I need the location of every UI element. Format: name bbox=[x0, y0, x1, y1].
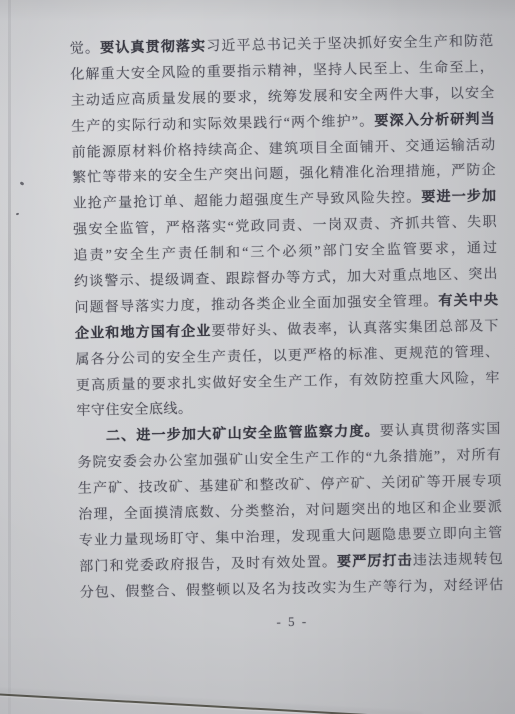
text-segment: 繁忙等带来的安全生产突出问题，强化精准化治理措施，严防企 bbox=[72, 164, 496, 187]
text-segment: 牢守住安全底线。 bbox=[76, 402, 192, 419]
text-segment: 化解重大安全风险的重要指示精神，坚持人民至上、生命至上， bbox=[70, 60, 494, 83]
text-segment: 觉。 bbox=[70, 41, 101, 57]
text-segment: 主动适应高质量发展的要求，统筹发展和安全两件大事，以安全 bbox=[71, 86, 495, 109]
text-segment: 要认真贯彻落实国 bbox=[380, 422, 501, 439]
text-segment: 约谈警示、提级调查、跟踪督办等方式，加大对重点地区、突出 bbox=[74, 267, 498, 290]
page-number: - 5 - bbox=[80, 610, 504, 634]
text-segment: 业抢产量抢订单、超能力超强度生产导致风险失控。 bbox=[73, 191, 422, 212]
text-segment: 强安全监管，严格落实“党政同责、一岗双责、齐抓共管、失职 bbox=[73, 215, 497, 238]
paper-speck bbox=[20, 181, 25, 186]
paper-crease bbox=[8, 0, 11, 714]
text-segment: 习近平总书记关于坚决抓好安全生产和防范 bbox=[206, 34, 494, 54]
text-segment: 问题督导落实力度，推动各类企业全面加强安全管理。 bbox=[74, 294, 438, 316]
text-segment-bold: 要严厉打击 bbox=[337, 554, 413, 570]
text-segment: 追责”安全生产责任制和“三个必须”部门安全监管要求，通过 bbox=[73, 241, 497, 264]
text-segment: 部门和党委政府报告，及时有效处置。 bbox=[79, 555, 337, 575]
text-segment: 生产矿、技改矿、基建矿和整改矿、停产矿、关闭矿等开展专项 bbox=[78, 474, 502, 497]
text-segment-bold: 企业和地方国有企业 bbox=[75, 324, 212, 341]
text-segment: 生产的实际行动和实际效果践行“两个维护”。 bbox=[71, 114, 374, 135]
scanned-document-photo: 觉。要认真贯彻落实习近平总书记关于坚决抓好安全生产和防范化解重大安全风险的重要指… bbox=[0, 0, 515, 714]
text-segment-bold: 要认真贯彻落实 bbox=[100, 39, 206, 56]
text-segment: 治理，全面摸清底数、分类整治，对问题突出的地区和企业要派 bbox=[78, 500, 502, 523]
text-segment-bold: 要进一步加 bbox=[421, 189, 496, 205]
text-segment-bold: 要深入分析研判当 bbox=[374, 112, 495, 129]
text-lines: 觉。要认真贯彻落实习近平总书记关于坚决抓好安全生产和防范化解重大安全风险的重要指… bbox=[70, 29, 504, 606]
text-segment: 务院安委会办公室加强矿山安全生产工作的“九条措施”，对所有 bbox=[77, 448, 501, 471]
text-segment: 违法违规转包 bbox=[413, 552, 504, 569]
text-segment: 分包、假整合、假整顿以及名为技改实为生产等行为，对经评估 bbox=[80, 578, 504, 601]
paper-speck bbox=[16, 213, 20, 216]
paper-bottom-edge bbox=[0, 693, 421, 714]
text-segment: 更高质量的要求扎实做好安全生产工作，有效防控重大风险，牢 bbox=[76, 371, 500, 394]
text-segment: 属各分公司的安全生产责任，以更严格的标准、更规范的管理、 bbox=[75, 345, 499, 368]
text-segment-bold: 有关中央 bbox=[438, 293, 498, 309]
document-text-block: 觉。要认真贯彻落实习近平总书记关于坚决抓好安全生产和防范化解重大安全风险的重要指… bbox=[70, 29, 505, 633]
text-segment: 要带好头、做表率，认真落实集团总部及下 bbox=[211, 319, 499, 339]
text-segment: 前能源原材料价格持续高企、建筑项目全面铺开、交通运输活动 bbox=[72, 138, 496, 161]
text-segment-bold: 二、进一步加大矿山安全监管监察力度。 bbox=[106, 425, 380, 445]
text-segment: 专业力量现场盯守、集中治理，发现重大问题隐患要立即向主管 bbox=[79, 526, 503, 549]
